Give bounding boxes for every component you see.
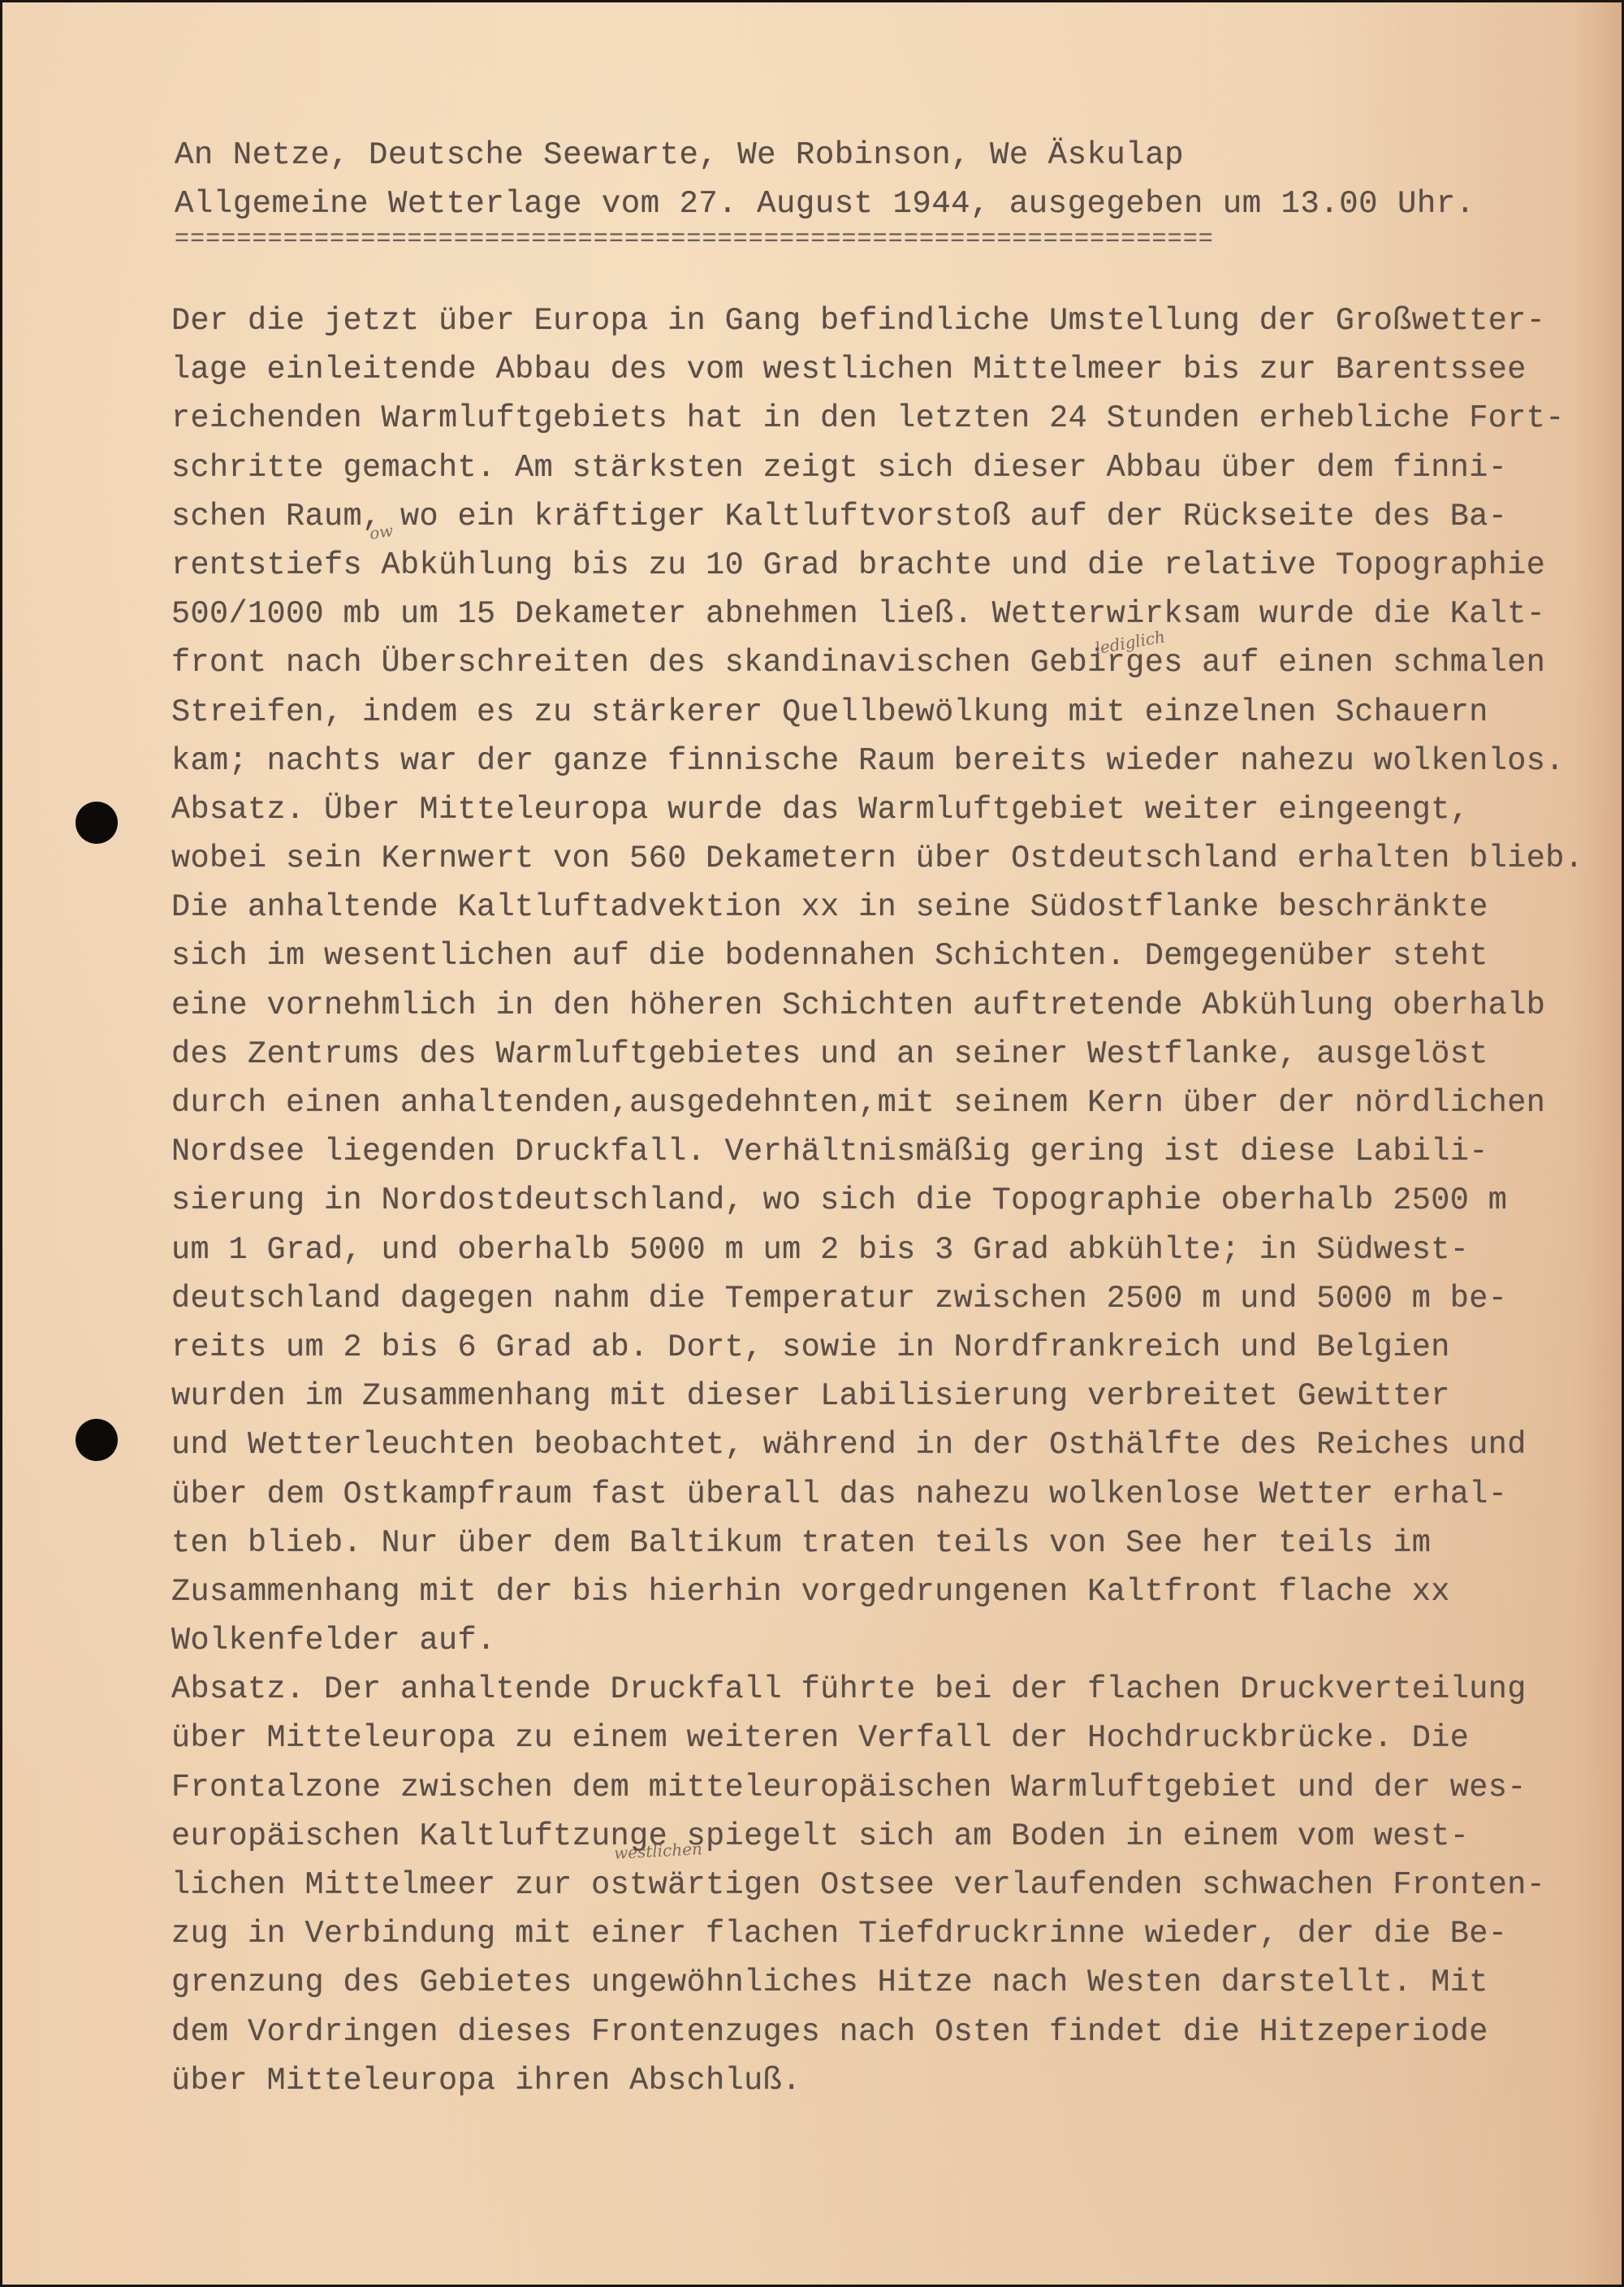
double-rule-divider: ========================================… [175,228,1475,251]
body-line: Absatz. Der anhaltende Druckfall führte … [171,1665,1600,1714]
body-line: kam; nachts war der ganze finnische Raum… [171,737,1600,785]
document-page: An Netze, Deutsche Seewarte, We Robinson… [0,0,1624,2287]
body-line: front nach Überschreiten des skandinavis… [171,638,1600,687]
document-header: An Netze, Deutsche Seewarte, We Robinson… [175,131,1475,251]
body-line: reits um 2 bis 6 Grad ab. Dort, sowie in… [171,1323,1600,1372]
body-line: Zusammenhang mit der bis hierhin vorgedr… [171,1567,1600,1616]
body-line: Absatz. Über Mitteleuropa wurde das Warm… [171,785,1600,834]
body-line: Nordsee liegenden Druckfall. Verhältnism… [171,1127,1600,1176]
body-line: durch einen anhaltenden,ausgedehnten,mit… [171,1079,1600,1127]
body-line: wobei sein Kernwert von 560 Dekametern ü… [171,834,1600,883]
body-line: über dem Ostkampfraum fast überall das n… [171,1470,1600,1519]
body-line: wurden im Zusammenhang mit dieser Labili… [171,1372,1600,1420]
body-line: über Mitteleuropa ihren Abschluß. [171,2056,1600,2105]
body-line: schritte gemacht. Am stärksten zeigt sic… [171,443,1600,492]
body-line: ten blieb. Nur über dem Baltikum traten … [171,1519,1600,1567]
body-line: rentstiefs Abkühlung bis zu 10 Grad brac… [171,541,1600,590]
body-line: europäischen Kaltluftzunge spiegelt sich… [171,1812,1600,1861]
body-line: reichenden Warmluftgebiets hat in den le… [171,394,1600,443]
report-body: Der die jetzt über Europa in Gang befind… [171,296,1600,2105]
recipients-line: An Netze, Deutsche Seewarte, We Robinson… [175,131,1475,179]
body-line: Die anhaltende Kaltluftadvektion xx in s… [171,883,1600,932]
body-line: sich im wesentlichen auf die bodennahen … [171,932,1600,980]
body-line: Frontalzone zwischen dem mitteleuropäisc… [171,1763,1600,1812]
punch-hole [76,802,118,844]
punch-hole [76,1419,118,1461]
body-line: über Mitteleuropa zu einem weiteren Verf… [171,1714,1600,1762]
body-line: sierung in Nordostdeutschland, wo sich d… [171,1176,1600,1225]
body-line: grenzung des Gebietes ungewöhnliches Hit… [171,1958,1600,2007]
body-line: Wolkenfelder auf. [171,1616,1600,1665]
body-line: Streifen, indem es zu stärkerer Quellbew… [171,688,1600,737]
body-line: lage einleitende Abbau des vom westliche… [171,345,1600,394]
body-line: deutschland dagegen nahm die Temperatur … [171,1274,1600,1323]
body-line: lichen Mittelmeer zur ostwärtigen Ostsee… [171,1861,1600,1909]
body-line: des Zentrums des Warmluftgebietes und an… [171,1030,1600,1079]
document-title: Allgemeine Wetterlage vom 27. August 194… [175,179,1475,228]
body-line: zug in Verbindung mit einer flachen Tief… [171,1909,1600,1958]
body-line: und Wetterleuchten beobachtet, während i… [171,1420,1600,1469]
handwritten-correction: ow [368,521,394,543]
body-line: Der die jetzt über Europa in Gang befind… [171,296,1600,345]
body-line: 500/1000 mb um 15 Dekameter abnehmen lie… [171,590,1600,638]
body-line: dem Vordringen dieses Frontenzuges nach … [171,2008,1600,2056]
body-line: eine vornehmlich in den höheren Schichte… [171,981,1600,1030]
body-line: um 1 Grad, und oberhalb 5000 m um 2 bis … [171,1226,1600,1274]
